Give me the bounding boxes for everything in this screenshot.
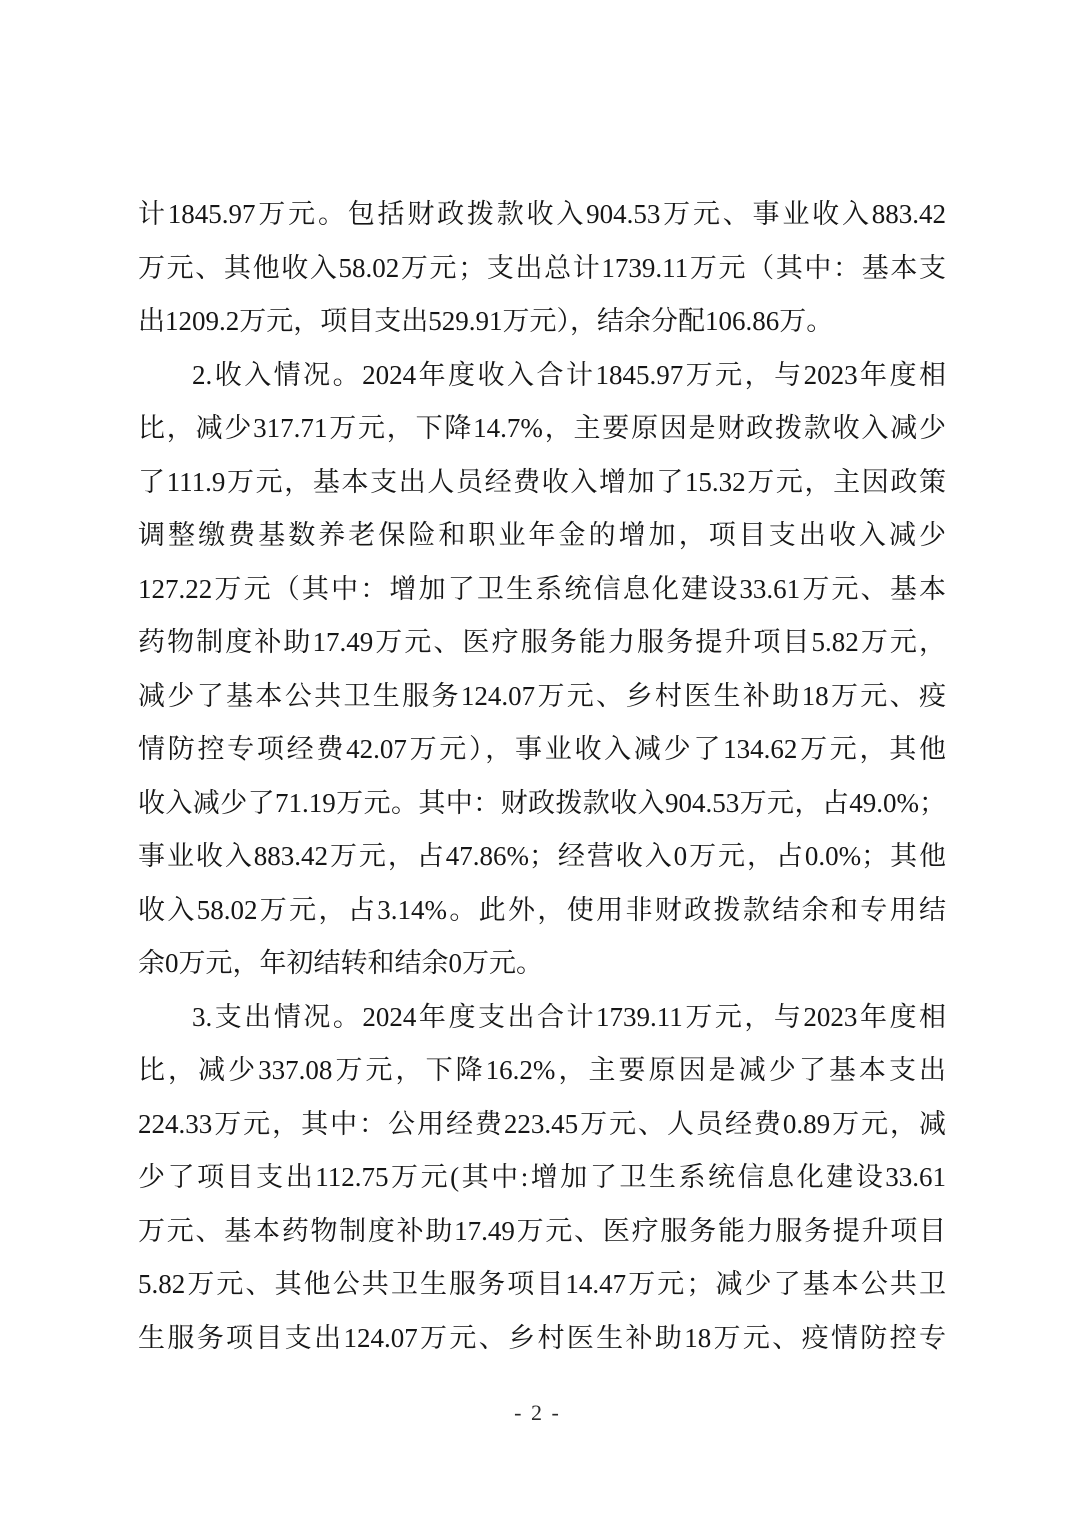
- text-line: 少了项目支出112.75万元(其中:增加了卫生系统信息化建设33.61: [138, 1151, 946, 1205]
- text-line: 5.82万元、其他公共卫生服务项目14.47万元；减少了基本公共卫: [138, 1258, 946, 1312]
- page-number: - 2 -: [0, 1400, 1075, 1426]
- text-line: 情防控专项经费42.07万元），事业收入减少了134.62万元，其他: [138, 723, 946, 777]
- text-line: 127.22万元（其中：增加了卫生系统信息化建设33.61万元、基本: [138, 563, 946, 617]
- document-text: 计1845.97万元。包括财政拨款收入904.53万元、事业收入883.42 万…: [138, 188, 946, 1365]
- text-line: 药物制度补助17.49万元、医疗服务能力服务提升项目5.82万元，: [138, 616, 946, 670]
- text-line: 收入58.02万元，占3.14%。此外，使用非财政拨款结余和专用结: [138, 884, 946, 938]
- document-page: { "page": { "background": "#ffffff", "te…: [0, 0, 1075, 1520]
- text-line: 万元、基本药物制度补助17.49万元、医疗服务能力服务提升项目: [138, 1205, 946, 1259]
- paragraph-income: 2.收入情况。2024年度收入合计1845.97万元，与2023年度相 比，减少…: [138, 349, 946, 991]
- text-line: 调整缴费基数养老保险和职业年金的增加，项目支出收入减少: [138, 509, 946, 563]
- text-line: 生服务项目支出124.07万元、乡村医生补助18万元、疫情防控专: [138, 1312, 946, 1366]
- text-line: 比，减少317.71万元，下降14.7%，主要原因是财政拨款收入减少: [138, 402, 946, 456]
- text-line: 比，减少337.08万元，下降16.2%，主要原因是减少了基本支出: [138, 1044, 946, 1098]
- text-line: 224.33万元，其中：公用经费223.45万元、人员经费0.89万元，减: [138, 1098, 946, 1152]
- text-line: 2.收入情况。2024年度收入合计1845.97万元，与2023年度相: [138, 349, 946, 403]
- text-line: 收入减少了71.19万元。其中：财政拨款收入904.53万元，占49.0%；: [138, 777, 946, 831]
- paragraph-expenditure: 3.支出情况。2024年度支出合计1739.11万元，与2023年度相 比，减少…: [138, 991, 946, 1366]
- text-line: 计1845.97万元。包括财政拨款收入904.53万元、事业收入883.42: [138, 188, 946, 242]
- text-line: 事业收入883.42万元，占47.86%；经营收入0万元，占0.0%；其他: [138, 830, 946, 884]
- text-line: 出1209.2万元，项目支出529.91万元），结余分配106.86万。: [138, 295, 946, 349]
- text-line: 了111.9万元，基本支出人员经费收入增加了15.32万元，主因政策: [138, 456, 946, 510]
- text-line: 减少了基本公共卫生服务124.07万元、乡村医生补助18万元、疫: [138, 670, 946, 724]
- text-line: 余0万元，年初结转和结余0万元。: [138, 937, 946, 991]
- paragraph-continuation: 计1845.97万元。包括财政拨款收入904.53万元、事业收入883.42 万…: [138, 188, 946, 349]
- text-line: 3.支出情况。2024年度支出合计1739.11万元，与2023年度相: [138, 991, 946, 1045]
- text-line: 万元、其他收入58.02万元；支出总计1739.11万元（其中：基本支: [138, 242, 946, 296]
